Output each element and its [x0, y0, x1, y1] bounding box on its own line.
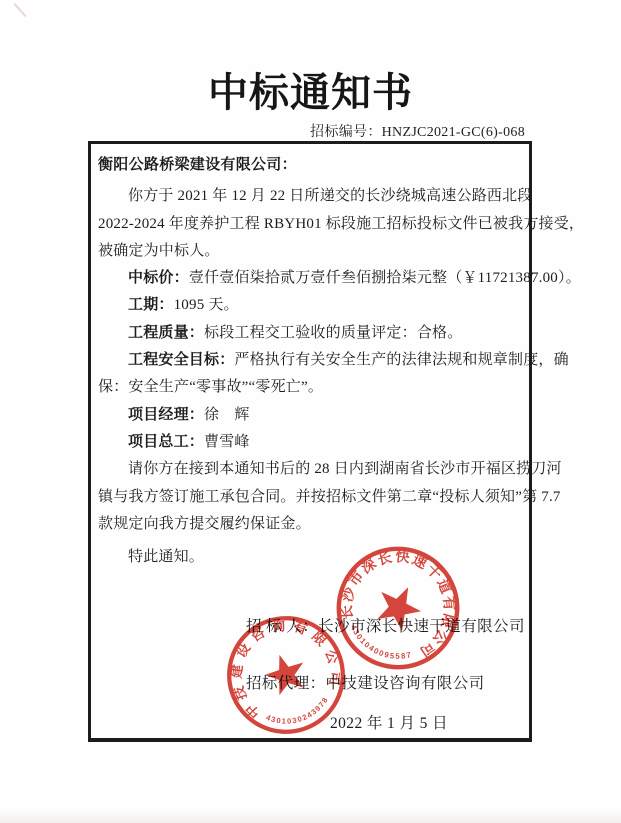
line-label: 工程质量：: [128, 325, 204, 341]
line-text: 请你方在接到本通知书后的 28 日内到湖南省长沙市开福区捞刀河: [128, 461, 562, 477]
line-text: 1095 天。: [174, 297, 239, 313]
line-text: 曹雪峰: [204, 434, 250, 450]
line-label: 工期：: [128, 297, 174, 313]
notice-line: 项目经理：徐 辉: [98, 402, 522, 429]
scanned-notice-page: 中标通知书 招标编号：HNZJC2021-GC(6)-068 衡阳公路桥梁建设有…: [0, 0, 621, 823]
star-icon: [370, 577, 428, 634]
notice-line: 项目总工：曹雪峰: [98, 429, 522, 456]
line-text: 你方于 2021 年 12 月 22 日所递交的长沙绕城高速公路西北段: [128, 188, 533, 204]
notice-line: 镇与我方签订施工承包合同。并按招标文件第二章“投标人须知”第 7.7: [98, 484, 522, 511]
line-text: 镇与我方签订施工承包合同。并按招标文件第二章“投标人须知”第 7.7: [98, 489, 561, 505]
scan-noise-strip: [0, 809, 621, 823]
notice-line: 被确定为中标人。: [98, 238, 522, 265]
seal-serial-number: 4301030243978: [263, 693, 335, 734]
notice-line: 工程质量：标段工程交工验收的质量评定：合格。: [98, 320, 522, 347]
notice-line: 工程安全目标：严格执行有关安全生产的法律法规和规章制度，确: [98, 347, 522, 374]
notice-line: 保：安全生产“零事故”“零死亡”。: [98, 374, 522, 401]
scan-artifact: [14, 3, 27, 17]
notice-line: 工期：1095 天。: [98, 292, 522, 319]
line-text: 壹仟壹佰柒拾贰万壹仟叁佰捌拾柒元整（￥11721387.00）。: [189, 270, 581, 286]
line-text: 款规定向我方提交履约保证金。: [98, 516, 311, 532]
star-icon: [260, 649, 310, 698]
addressee-line: 衡阳公路桥梁建设有限公司：: [98, 152, 522, 179]
line-label: 工程安全目标：: [128, 352, 234, 368]
notice-line: 你方于 2021 年 12 月 22 日所递交的长沙绕城高速公路西北段: [98, 183, 522, 210]
line-text: 被确定为中标人。: [98, 243, 220, 259]
line-text: 徐 辉: [204, 407, 250, 423]
line-text: 2022-2024 年度养护工程 RBYH01 标段施工招标投标文件已被我方接受…: [98, 216, 584, 232]
line-label: 项目总工：: [128, 434, 204, 450]
line-text: 保：安全生产“零事故”“零死亡”。: [98, 379, 323, 395]
notice-line: 中标价：壹仟壹佰柒拾贰万壹仟叁佰捌拾柒元整（￥11721387.00）。: [98, 265, 522, 292]
document-title: 中标通知书: [0, 61, 621, 118]
notice-line: 请你方在接到本通知书后的 28 日内到湖南省长沙市开福区捞刀河: [98, 456, 522, 483]
notice-line: 款规定向我方提交履约保证金。: [98, 511, 522, 538]
notice-body: 衡阳公路桥梁建设有限公司： 你方于 2021 年 12 月 22 日所递交的长沙…: [98, 152, 522, 571]
notice-line: 2022-2024 年度养护工程 RBYH01 标段施工招标投标文件已被我方接受…: [98, 211, 522, 238]
line-text: 严格执行有关安全生产的法律法规和规章制度，确: [234, 352, 568, 368]
line-label: 中标价：: [128, 270, 189, 286]
line-text: 特此通知。: [128, 549, 204, 565]
bid-reference-number: 招标编号：HNZJC2021-GC(6)-068: [310, 121, 525, 141]
line-label: 项目经理：: [128, 407, 204, 423]
line-text: 标段工程交工验收的质量评定：合格。: [204, 325, 462, 341]
